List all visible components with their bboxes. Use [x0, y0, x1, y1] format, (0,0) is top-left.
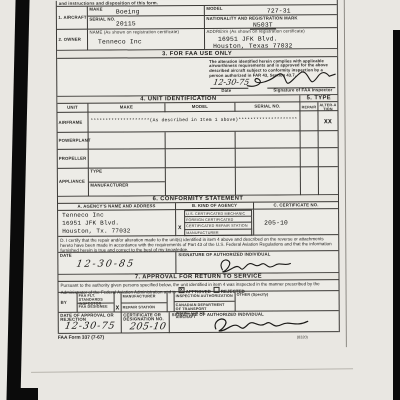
model-label: MODEL: [206, 6, 222, 11]
appliance-unit-cell: APPLIANCE: [58, 169, 89, 197]
make-value: Boeing: [116, 8, 140, 15]
conformity-date-label: DATE: [60, 253, 72, 258]
col-serial-cell: SERIAL NO.: [235, 102, 300, 111]
kind-of-agency-boxes: U.S. CERTIFICATED MECHANIC FOREIGN CERTI…: [184, 210, 252, 236]
owner-name-cell: NAME (As shown on registration certifica…: [88, 29, 205, 51]
by-col4-cell: OTHER (Specify): [236, 291, 339, 312]
col-alteration-cell: ALTER-ATION: [318, 102, 337, 111]
by-col1-cell: FAA FLT. STANDARDS INSPECTOR FAA DESIGNE…: [78, 293, 115, 313]
kind3-label: CERTIFICATED REPAIR STATION: [186, 224, 248, 228]
right-photo-edge: [393, 30, 400, 400]
by-repair-station-label: REPAIR STATION: [123, 305, 166, 309]
airframe-unit-cell: AIRFRAME: [57, 113, 88, 133]
owner-address-cell: ADDRESS (As shown on registration certif…: [205, 28, 337, 50]
approval-cert-handwritten: 205-10: [129, 321, 167, 332]
propeller-model-cell: [166, 149, 236, 168]
conformity-date-handwritten: 12-30-85: [75, 258, 136, 269]
approval-date-handwritten: 12-30-75: [64, 321, 117, 332]
agency-address2: Houston, Tx. 77032: [62, 227, 130, 234]
repair-station-check-mark: X: [116, 304, 120, 311]
faa-signature-label: Signature of FAA Inspector: [273, 88, 332, 93]
powerplant-unit-cell: POWERPLANT: [58, 133, 89, 150]
approval-signature: [212, 315, 312, 333]
powerplant-serial-cell: [236, 131, 301, 148]
propeller-repair-cell: [301, 148, 319, 167]
col-repair-cell: REPAIR: [300, 102, 318, 111]
scanned-faa-form-337: and instructions and disposition of this…: [0, 0, 400, 400]
airframe-span-cell: ********************(As described in Ite…: [88, 111, 300, 132]
d-statement-cell: D. I certify that the repair and/or alte…: [58, 235, 338, 253]
kind3-check-mark: X: [178, 224, 182, 231]
owner-section-cell: 2. OWNER: [57, 30, 88, 51]
by-inspection-auth-label: INSPECTION AUTHORIZATION: [176, 294, 234, 298]
kind-of-agency-cell: U.S. CERTIFICATED MECHANIC FOREIGN CERTI…: [176, 210, 254, 236]
approval-cert-cell: CERTIFICATE OR DESIGNATION NO. 205-10: [122, 312, 170, 333]
conformity-date-cell: DATE 12-30-85: [58, 252, 176, 275]
airframe-alteration-value: XX: [319, 118, 338, 125]
make-cell: MAKE Boeing: [88, 6, 205, 17]
conformity-col-b-label: B. KIND OF AGENCY: [176, 204, 253, 209]
form-code: (8320): [297, 335, 308, 339]
conformity-signature: [216, 256, 296, 273]
airframe-label: AIRFRAME: [59, 120, 83, 125]
owner-section-label: 2. OWNER: [59, 38, 81, 43]
model-value: 727-31: [267, 7, 291, 14]
certificate-no-cell: 205-10: [254, 209, 338, 236]
serial-value: 20115: [116, 20, 136, 27]
propeller-alteration-cell: [319, 148, 338, 167]
kind4-label: MANUFACTURER: [186, 230, 219, 234]
make-label: MAKE: [89, 7, 102, 12]
propeller-unit-cell: PROPELLER: [58, 150, 89, 169]
faa-stamp-date-label: Date: [221, 89, 231, 94]
col-make-cell: MAKE: [88, 103, 165, 112]
approval-date-cell: DATE OF APPROVAL OR REJECTION 12-30-75: [59, 312, 122, 333]
page-right-edge: [344, 0, 347, 347]
airframe-note: ********************(As described in Ite…: [89, 117, 300, 123]
serial-label: SERIAL NO.: [89, 17, 115, 22]
appliance-alteration-cell: [319, 167, 338, 195]
registration-cell: NATIONALITY AND REGISTRATION MARK N503T: [205, 15, 337, 29]
propeller-serial-cell: [236, 148, 301, 167]
conformity-col-c-label: C. CERTIFICATE NO.: [254, 203, 338, 208]
form-table: and instructions and disposition of this…: [56, 0, 340, 334]
conformity-col-a-label: A. AGENCY'S NAME AND ADDRESS: [58, 204, 175, 209]
by-col3-cell: INSPECTION AUTHORIZATION CANADIAN DEPART…: [175, 292, 236, 312]
serial-cell: SERIAL NO. 20115: [88, 16, 205, 30]
propeller-label: PROPELLER: [59, 157, 87, 162]
appliance-make-cell: TYPE MANUFACTURER: [89, 168, 166, 196]
by-faa-designee-label: FAA DESIGNEE: [79, 305, 113, 309]
page-bottom-crease: [31, 368, 353, 373]
col-model-cell: MODEL: [165, 103, 235, 112]
agency-address1: 16951 JFK Blvd.: [62, 219, 119, 226]
by-label: BY: [61, 301, 67, 306]
airframe-alteration-cell: XX: [318, 111, 337, 131]
powerplant-make-cell: [89, 132, 166, 149]
col-serial-label: SERIAL NO.: [235, 104, 299, 109]
by-col2-divider: [122, 302, 167, 303]
conformity-signature-cell: SIGNATURE OF AUTHORIZED INDIVIDUAL: [176, 251, 338, 274]
appliance-model-cell: [166, 168, 236, 196]
by-other-label: OTHER (Specify): [237, 293, 269, 297]
col-alteration-label: ALTER-ATION: [318, 103, 337, 111]
powerplant-label: POWERPLANT: [59, 139, 91, 144]
owner-name-value: Tenneco Inc: [98, 38, 142, 45]
airframe-repair-cell: [300, 111, 318, 131]
powerplant-repair-cell: [301, 131, 319, 148]
bottom-left-photo-edge: [8, 388, 38, 400]
faa-use-area: The alteration identified herein complie…: [57, 57, 337, 97]
approval-signature-cell: SIGNATURE OF AUTHORIZED INDIVIDUAL: [170, 311, 339, 333]
form-number: FAA Form 337 (7-67): [58, 336, 104, 341]
powerplant-alteration-cell: [319, 131, 338, 148]
agency-address-cell: Tenneco Inc 16951 JFK Blvd. Houston, Tx.…: [58, 210, 176, 237]
col-repair-label: REPAIR: [300, 105, 317, 109]
owner-address-label: ADDRESS (As shown on registration certif…: [206, 29, 331, 34]
col-model-label: MODEL: [165, 105, 234, 110]
appliance-repair-cell: [301, 167, 319, 195]
by-col2-cell: MANUFACTURER REPAIR STATION: [122, 292, 168, 312]
by-cell: BY: [59, 293, 78, 313]
appliance-serial-cell: [236, 167, 301, 195]
powerplant-model-cell: [166, 132, 236, 149]
appliance-label: APPLIANCE: [59, 180, 85, 185]
by-manufacturer-label: MANUFACTURER: [123, 294, 166, 298]
top-note-text: and instructions and disposition of this…: [59, 1, 158, 6]
col-unit-label: UNIT: [57, 106, 87, 111]
appliance-mfr-label: MANUFACTURER: [90, 183, 128, 188]
col-unit-cell: UNIT: [57, 104, 88, 113]
owner-name-label: NAME (As shown on registration certifica…: [89, 30, 199, 35]
document-page: and instructions and disposition of this…: [0, 0, 400, 400]
certificate-no-value: 205-10: [264, 219, 288, 226]
agency-name: Tenneco Inc: [62, 212, 104, 219]
aircraft-section-label: 1. AIRCRAFT: [58, 16, 86, 21]
propeller-make-cell: [89, 149, 166, 168]
appliance-type-label: TYPE: [90, 170, 102, 175]
aircraft-section-cell: 1. AIRCRAFT: [57, 7, 88, 30]
col-make-label: MAKE: [88, 105, 164, 110]
